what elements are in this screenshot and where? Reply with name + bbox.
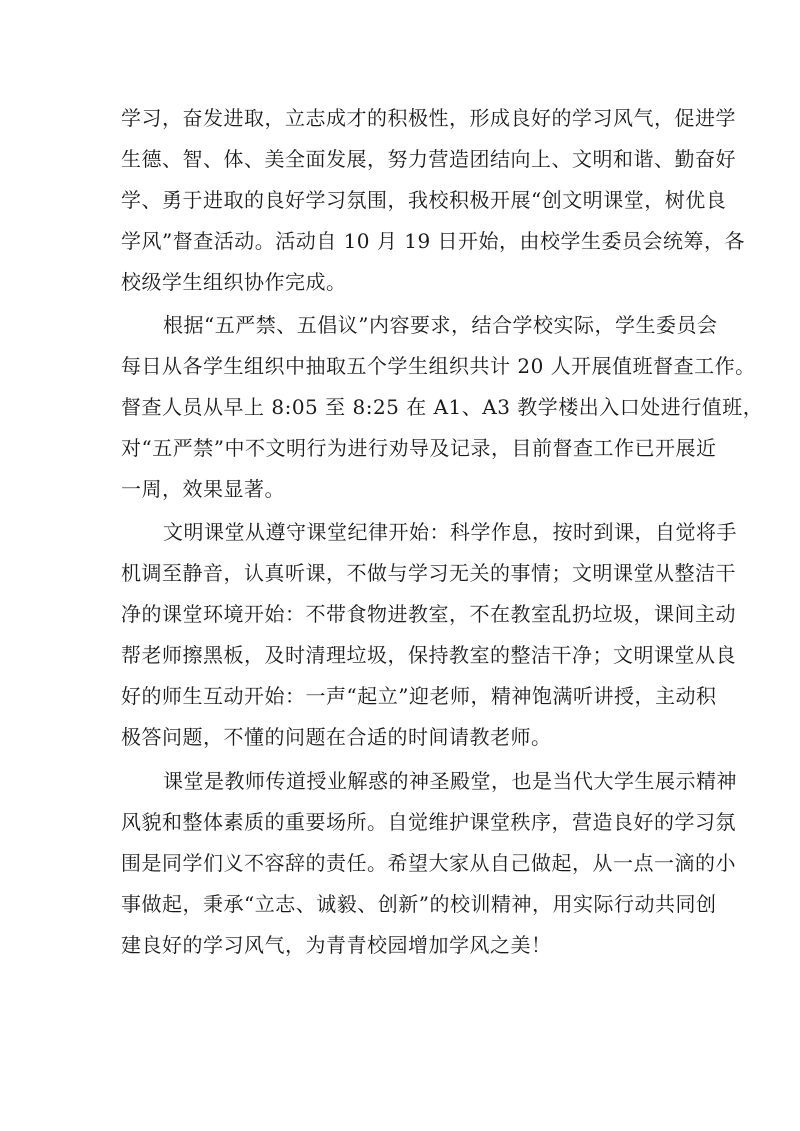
paragraph-4-line-5: 建良好的学习风气，为青青校园增加学风之美！ — [121, 930, 683, 960]
document-page: 学习，奋发进取，立志成才的积极性，形成良好的学习风气，促进学 生德、智、体、美全… — [0, 0, 800, 1131]
paragraph-4-line-2: 风貌和整体素质的重要场所。自觉维护课堂秩序，营造良好的学习氛 — [121, 807, 683, 837]
paragraph-1-line-5: 校级学生组织协作完成。 — [121, 267, 683, 297]
paragraph-1-line-4: 学风”督查活动。活动自 10 月 19 日开始，由校学生委员会统筹，各 — [121, 226, 683, 256]
paragraph-3-line-5: 好的师生互动开始：一声“起立”迎老师，精神饱满听讲授，主动积 — [121, 681, 683, 711]
paragraph-2-line-5: 一周，效果显著。 — [121, 474, 683, 504]
paragraph-2-line-2: 每日从各学生组织中抽取五个学生组织共计 20 人开展值班督查工作。 — [121, 351, 683, 381]
paragraph-1-line-1: 学习，奋发进取，立志成才的积极性，形成良好的学习风气，促进学 — [121, 103, 683, 133]
paragraph-3-line-3: 净的课堂环境开始：不带食物进教室，不在教室乱扔垃圾，课间主动 — [121, 599, 683, 629]
paragraph-3-line-2: 机调至静音，认真听课，不做与学习无关的事情；文明课堂从整洁干 — [121, 558, 683, 588]
paragraph-4-line-3: 围是同学们义不容辞的责任。希望大家从自己做起，从一点一滴的小 — [121, 848, 683, 878]
paragraph-3-line-6: 极答问题，不懂的问题在合适的时间请教老师。 — [121, 722, 683, 752]
paragraph-1-line-2: 生德、智、体、美全面发展，努力营造团结向上、文明和谐、勤奋好 — [121, 144, 683, 174]
paragraph-1-line-3: 学、勇于进取的良好学习氛围，我校积极开展“创文明课堂，树优良 — [121, 185, 683, 215]
paragraph-4-line-1: 课堂是教师传道授业解惑的神圣殿堂，也是当代大学生展示精神 — [163, 766, 683, 796]
paragraph-3-line-4: 帮老师擦黑板，及时清理垃圾，保持教室的整洁干净；文明课堂从良 — [121, 640, 683, 670]
paragraph-2-line-1: 根据“五严禁、五倡议”内容要求，结合学校实际，学生委员会 — [163, 310, 683, 340]
paragraph-4-line-4: 事做起，秉承“立志、诚毅、创新”的校训精神，用实际行动共同创 — [121, 889, 683, 919]
paragraph-2-line-3: 督查人员从早上 8:05 至 8:25 在 A1、A3 教学楼出入口处进行值班， — [121, 392, 683, 422]
paragraph-2-line-4: 对“五严禁”中不文明行为进行劝导及记录，目前督查工作已开展近 — [121, 433, 683, 463]
paragraph-3-line-1: 文明课堂从遵守课堂纪律开始：科学作息，按时到课，自觉将手 — [163, 517, 683, 547]
